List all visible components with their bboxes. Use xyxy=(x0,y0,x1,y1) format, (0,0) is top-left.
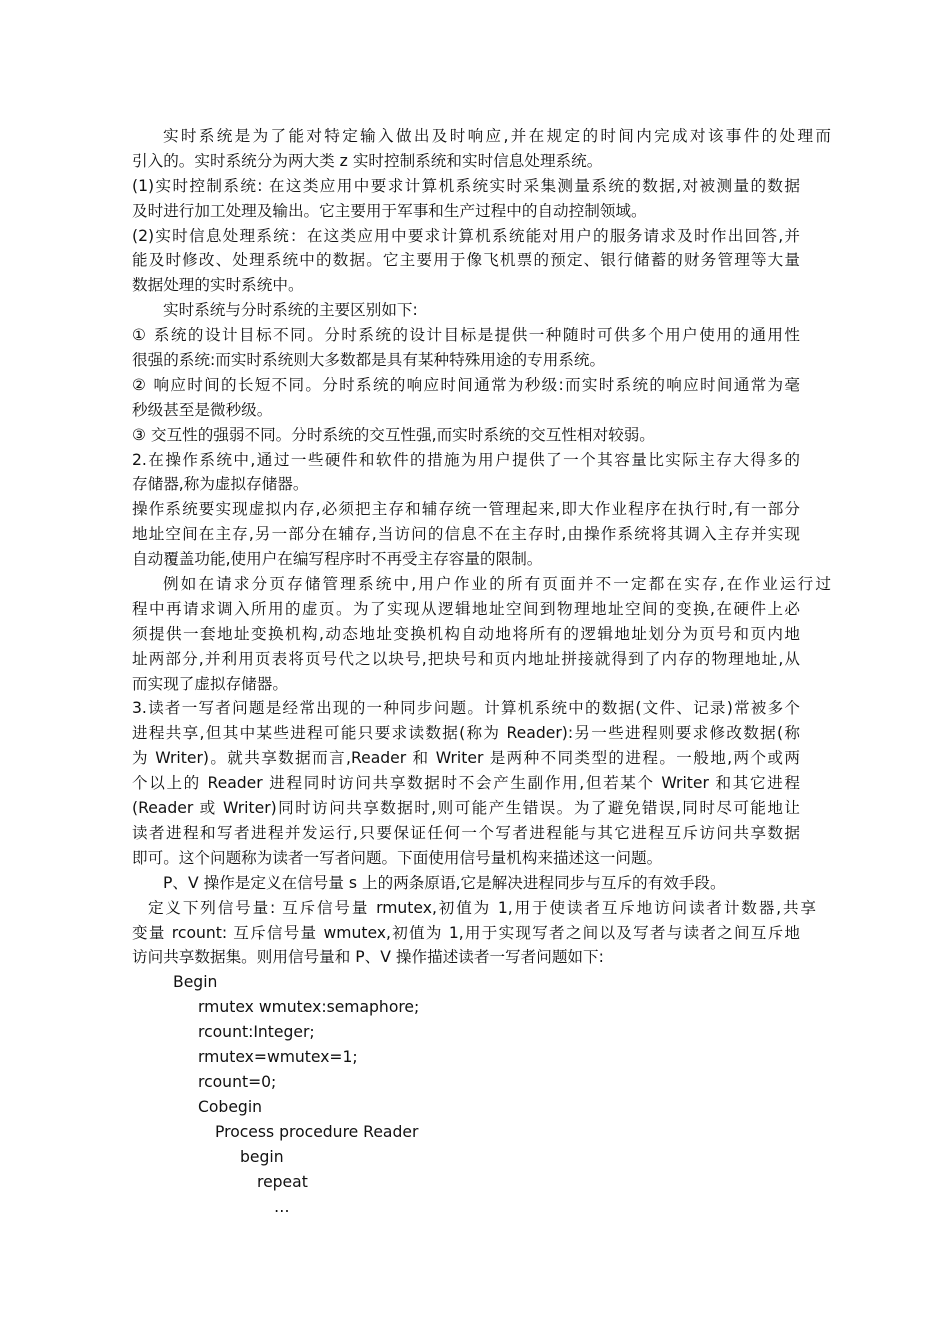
text-line: 变量 rcount: 互斥信号量 wmutex,初值为 1,用于实现写者之间以及… xyxy=(132,921,800,946)
code-line: rmutex wmutex:semaphore; xyxy=(132,995,419,1020)
text-line: 自动覆盖功能,使用户在编写程序时不再受主存容量的限制。 xyxy=(132,547,812,572)
text-line: 能及时修改、处理系统中的数据。它主要用于像飞机票的预定、银行储蓄的财务管理等大量 xyxy=(132,248,800,273)
text-line: 个以上的 Reader 进程同时访问共享数据时不会产生副作用,但若某个 Writ… xyxy=(132,771,800,796)
text-line: 引入的。实时系统分为两大类 z 实时控制系统和实时信息处理系统。 xyxy=(132,149,812,174)
paragraph-diff-2: ② 响应时间的长短不同。分时系统的响应时间通常为秒级:而实时系统的响应时间通常为… xyxy=(132,373,812,423)
body-text: 实时系统是为了能对特定输入做出及时响应,并在规定的时间内完成对该事件的处理而引入… xyxy=(132,124,812,970)
paragraph-virtual-memory-impl: 操作系统要实现虚拟内存,必须把主存和辅存统一管理起来,即大作业程序在执行时,有一… xyxy=(132,497,812,572)
text-line: 进程共享,但其中某些进程可能只要求读数据(称为 Reader):另一些进程则要求… xyxy=(132,721,800,746)
paragraph-realtime-intro: 实时系统是为了能对特定输入做出及时响应,并在规定的时间内完成对该事件的处理而引入… xyxy=(132,124,812,174)
text-line: ① 系统的设计目标不同。分时系统的设计目标是提供一种随时可供多个用户使用的通用性 xyxy=(132,323,800,348)
text-line: 操作系统要实现虚拟内存,必须把主存和辅存统一管理起来,即大作业程序在执行时,有一… xyxy=(132,497,800,522)
text-line: 为 Writer)。就共享数据而言,Reader 和 Writer 是两种不同类… xyxy=(132,746,800,771)
text-line: 实时系统与分时系统的主要区别如下: xyxy=(132,298,812,323)
text-line: 地址空间在主存,另一部分在辅存,当访问的信息不在主存时,由操作系统将其调入主存并… xyxy=(132,522,800,547)
text-line: ③ 交互性的强弱不同。分时系统的交互性强,而实时系统的交互性相对较弱。 xyxy=(132,423,812,448)
paragraph-diff-1: ① 系统的设计目标不同。分时系统的设计目标是提供一种随时可供多个用户使用的通用性… xyxy=(132,323,812,373)
text-line: (1)实时控制系统: 在这类应用中要求计算机系统实时采集测量系统的数据,对被测量… xyxy=(132,174,800,199)
text-line: P、V 操作是定义在信号量 s 上的两条原语,它是解决进程同步与互斥的有效手段。 xyxy=(132,871,812,896)
text-line: 即可。这个问题称为读者一写者问题。下面使用信号量机构来描述这一问题。 xyxy=(132,846,812,871)
text-line: 程中再请求调入所用的虚页。为了实现从逻辑地址空间到物理地址空间的变换,在硬件上必 xyxy=(132,597,800,622)
code-line: Begin xyxy=(132,970,419,995)
code-line: repeat xyxy=(132,1170,419,1195)
text-line: 及时进行加工处理及输出。它主要用于军事和生产过程中的自动控制领域。 xyxy=(132,199,812,224)
code-line: Cobegin xyxy=(132,1095,419,1120)
text-line: (Reader 或 Writer)同时访问共享数据时,则可能产生错误。为了避免错… xyxy=(132,796,800,821)
text-line: 存储器,称为虚拟存储器。 xyxy=(132,472,812,497)
text-line: 2.在操作系统中,通过一些硬件和软件的措施为用户提供了一个其容量比实际主存大得多… xyxy=(132,448,800,473)
text-line: 址两部分,并利用页表将页号代之以块号,把块号和页内地址拼接就得到了内存的物理地址… xyxy=(132,647,800,672)
paragraph-virtual-memory-def: 2.在操作系统中,通过一些硬件和软件的措施为用户提供了一个其容量比实际主存大得多… xyxy=(132,448,812,498)
paragraph-realtime-control: (1)实时控制系统: 在这类应用中要求计算机系统实时采集测量系统的数据,对被测量… xyxy=(132,174,812,224)
text-line: (2)实时信息处理系统：在这类应用中要求计算机系统能对用户的服务请求及时作出回答… xyxy=(132,224,800,249)
paragraph-semaphore-def: 定义下列信号量: 互斥信号量 rmutex,初值为 1,用于使读者互斥地访问读者… xyxy=(132,896,812,971)
document-page: 实时系统是为了能对特定输入做出及时响应,并在规定的时间内完成对该事件的处理而引入… xyxy=(0,0,950,1344)
paragraph-paging-example: 例如在请求分页存储管理系统中,用户作业的所有页面并不一定都在实存,在作业运行过程… xyxy=(132,572,812,696)
pseudocode-block: Beginrmutex wmutex:semaphore;rcount:Inte… xyxy=(132,970,419,1220)
paragraph-readers-writers: 3.读者一写者问题是经常出现的一种同步问题。计算机系统中的数据(文件、记录)常被… xyxy=(132,696,812,870)
code-line: rcount:Integer; xyxy=(132,1020,419,1045)
code-line: Process procedure Reader xyxy=(132,1120,419,1145)
text-line: 秒级甚至是微秒级。 xyxy=(132,398,812,423)
text-line: 而实现了虚拟存储器。 xyxy=(132,672,812,697)
text-line: 例如在请求分页存储管理系统中,用户作业的所有页面并不一定都在实存,在作业运行过 xyxy=(132,572,831,597)
text-line: 实时系统是为了能对特定输入做出及时响应,并在规定的时间内完成对该事件的处理而 xyxy=(132,124,831,149)
text-line: 定义下列信号量: 互斥信号量 rmutex,初值为 1,用于使读者互斥地访问读者… xyxy=(132,896,816,921)
paragraph-pv-def: P、V 操作是定义在信号量 s 上的两条原语,它是解决进程同步与互斥的有效手段。 xyxy=(132,871,812,896)
text-line: 读者进程和写者进程并发运行,只要保证任何一个写者进程能与其它进程互斥访问共享数据 xyxy=(132,821,800,846)
code-line: rcount=0; xyxy=(132,1070,419,1095)
paragraph-realtime-info: (2)实时信息处理系统：在这类应用中要求计算机系统能对用户的服务请求及时作出回答… xyxy=(132,224,812,299)
text-line: 3.读者一写者问题是经常出现的一种同步问题。计算机系统中的数据(文件、记录)常被… xyxy=(132,696,800,721)
code-line: … xyxy=(132,1195,419,1220)
paragraph-diff-3: ③ 交互性的强弱不同。分时系统的交互性强,而实时系统的交互性相对较弱。 xyxy=(132,423,812,448)
code-line: rmutex=wmutex=1; xyxy=(132,1045,419,1070)
paragraph-diff-heading: 实时系统与分时系统的主要区别如下: xyxy=(132,298,812,323)
text-line: 须提供一套地址变换机构,动态地址变换机构自动地将所有的逻辑地址划分为页号和页内地 xyxy=(132,622,800,647)
text-line: 数据处理的实时系统中。 xyxy=(132,273,812,298)
code-line: begin xyxy=(132,1145,419,1170)
text-line: 访问共享数据集。则用信号量和 P、V 操作描述读者一写者问题如下: xyxy=(132,945,812,970)
text-line: ② 响应时间的长短不同。分时系统的响应时间通常为秒级:而实时系统的响应时间通常为… xyxy=(132,373,800,398)
text-line: 很强的系统:而实时系统则大多数都是具有某种特殊用途的专用系统。 xyxy=(132,348,812,373)
